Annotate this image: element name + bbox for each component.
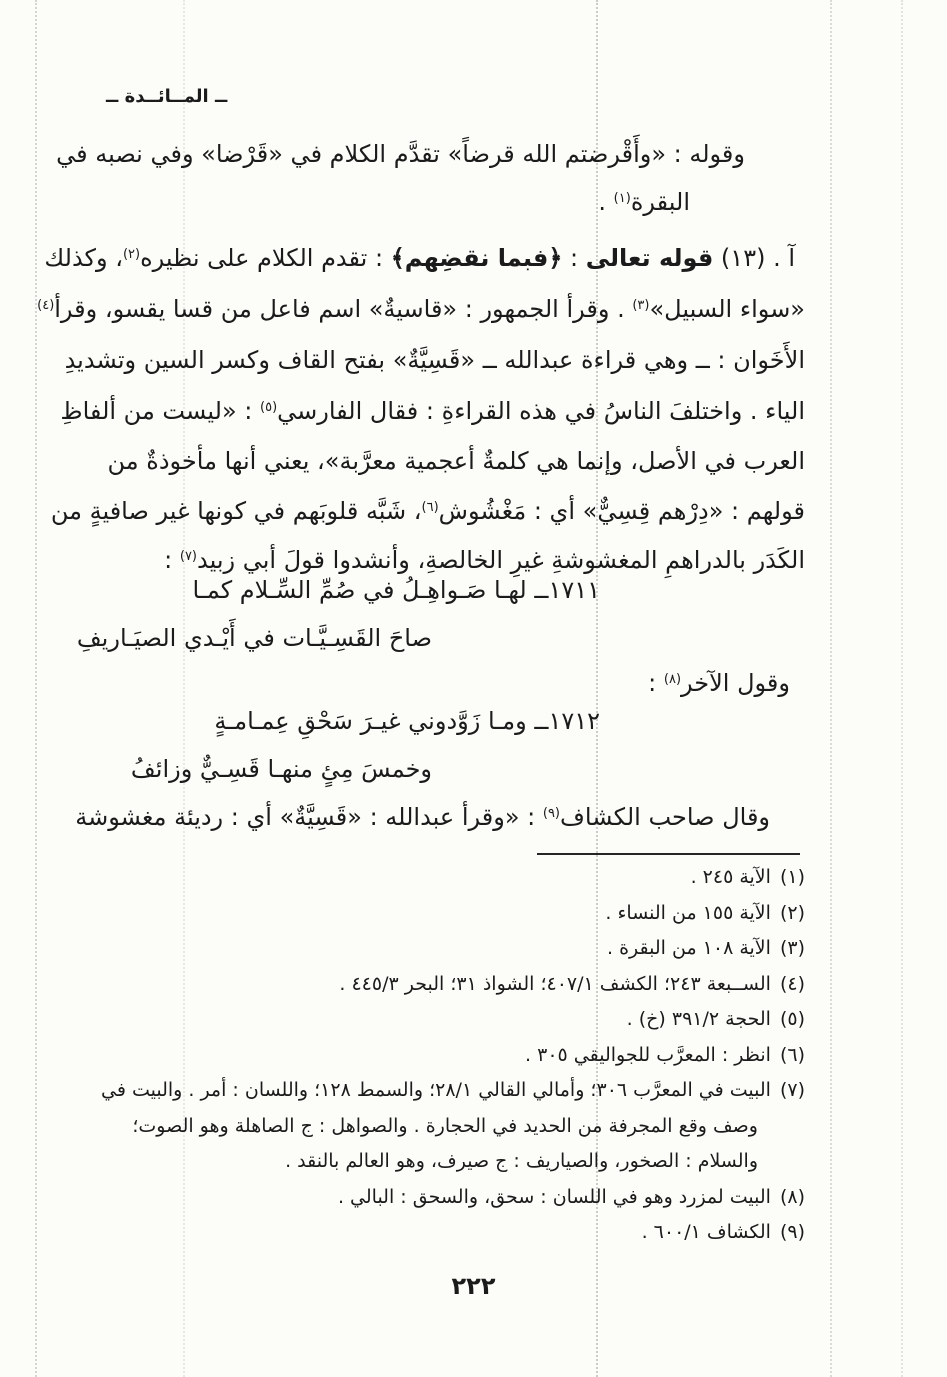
footnote-text: الحجة ٣٩١/٢ (خ) . bbox=[627, 1008, 771, 1030]
footnote: (٥)الحجة ٣٩١/٢ (خ) . bbox=[85, 1002, 805, 1038]
footnote-text: الآية ١٥٥ من النساء . bbox=[605, 902, 771, 924]
footnote-text: الســبعة ٢٤٣؛ الكشف ٤٠٧/١؛ الشواذ ٣١؛ ال… bbox=[339, 973, 771, 995]
page-number: ٢٢٢ bbox=[0, 1272, 947, 1300]
poem-verse-line: ١٧١٢ــ ومـا زَوَّدوني غيـرَ سَحْقِ عِمـا… bbox=[214, 701, 600, 741]
footnote: (٨)البيت لمزرد وهو في اللسان : سحق، والس… bbox=[85, 1180, 805, 1216]
body-line: قولهم : «دِرْهم قِسِيٌّ» أي : مَغْشُوش(٦… bbox=[51, 491, 805, 531]
footnote-text: الآية ١٠٨ من البقرة . bbox=[607, 937, 771, 959]
footnote-text: انظر : المعرَّب للجواليقي ٣٠٥ . bbox=[525, 1044, 771, 1066]
scan-artifact-line bbox=[830, 0, 832, 1377]
footnote-text: الآية ٢٤٥ . bbox=[691, 866, 771, 888]
body-line: «سواء السبيل»(٣) . وقرأ الجمهور : «قاسية… bbox=[37, 289, 805, 329]
poem-verse-line: ١٧١١ــ لهـا صَـواهِـلُ في صُمِّ السِّـلا… bbox=[192, 570, 600, 610]
footnote: (٦)انظر : المعرَّب للجواليقي ٣٠٥ . bbox=[85, 1038, 805, 1074]
body-line: وقول الآخر(٨) : bbox=[648, 663, 790, 703]
scan-artifact-line bbox=[35, 0, 37, 1377]
body-line: آ . (١٣) قوله تعالى : ﴿فبما نقضِهم﴾ : تق… bbox=[44, 238, 795, 278]
footnote-separator bbox=[537, 853, 800, 855]
footnote: (٣)الآية ١٠٨ من البقرة . bbox=[85, 931, 805, 967]
footnote: (٤)الســبعة ٢٤٣؛ الكشف ٤٠٧/١؛ الشواذ ٣١؛… bbox=[85, 967, 805, 1003]
footnote-number: (٨) bbox=[780, 1186, 805, 1208]
footnote: (٩)الكشاف ٦٠٠/١ . bbox=[85, 1215, 805, 1251]
footnote: (٢)الآية ١٥٥ من النساء . bbox=[85, 896, 805, 932]
footnote-text: البيت في المعرَّب ٣٠٦؛ وأمالي القالي ٢٨/… bbox=[101, 1079, 771, 1172]
book-page: ــ المــائــدة ــ وقوله : «وأَقْرضتم الل… bbox=[0, 0, 947, 1377]
body-line: الأَخَوان : ــ وهي قراءة عبدالله ــ «قَس… bbox=[65, 340, 805, 380]
body-line: وقوله : «وأَقْرضتم الله قرضاً» تقدَّم ال… bbox=[56, 134, 745, 174]
footnote: (٧)البيت في المعرَّب ٣٠٦؛ وأمالي القالي … bbox=[85, 1073, 805, 1180]
footnote-number: (٩) bbox=[780, 1221, 805, 1243]
footnote-number: (١) bbox=[780, 866, 805, 888]
scan-artifact-line bbox=[901, 0, 903, 1377]
body-line: وقال صاحب الكشاف(٩) : «وقرأ عبدالله : «ق… bbox=[75, 797, 770, 837]
footnote-number: (٣) bbox=[780, 937, 805, 959]
main-text-block: وقوله : «وأَقْرضتم الله قرضاً» تقدَّم ال… bbox=[85, 0, 805, 1377]
footnote-number: (٤) bbox=[780, 973, 805, 995]
body-line: العرب في الأصل، وإنما هي كلمةٌ أعجمية مع… bbox=[108, 441, 805, 481]
footnote-number: (٥) bbox=[780, 1008, 805, 1030]
footnote-number: (٢) bbox=[780, 902, 805, 924]
poem-verse-line: صاحَ القَسِـيَّـات في أَيْـدي الصيَـاريف… bbox=[77, 618, 432, 658]
footnote-text: الكشاف ٦٠٠/١ . bbox=[642, 1221, 771, 1243]
footnotes-section: (١)الآية ٢٤٥ . (٢)الآية ١٥٥ من النساء . … bbox=[85, 860, 805, 1251]
footnote: (١)الآية ٢٤٥ . bbox=[85, 860, 805, 896]
body-line: البقرة(١) . bbox=[598, 182, 690, 222]
footnote-number: (٧) bbox=[780, 1079, 805, 1101]
footnote-text: البيت لمزرد وهو في اللسان : سحق، والسحق … bbox=[338, 1186, 771, 1208]
footnote-number: (٦) bbox=[780, 1044, 805, 1066]
poem-verse-line: وخمسَ مِئٍ منهـا قَسِـيٌّ وزائفُ bbox=[131, 749, 432, 789]
body-line: الياء . واختلفَ الناسُ في هذه القراءةِ :… bbox=[60, 391, 805, 431]
